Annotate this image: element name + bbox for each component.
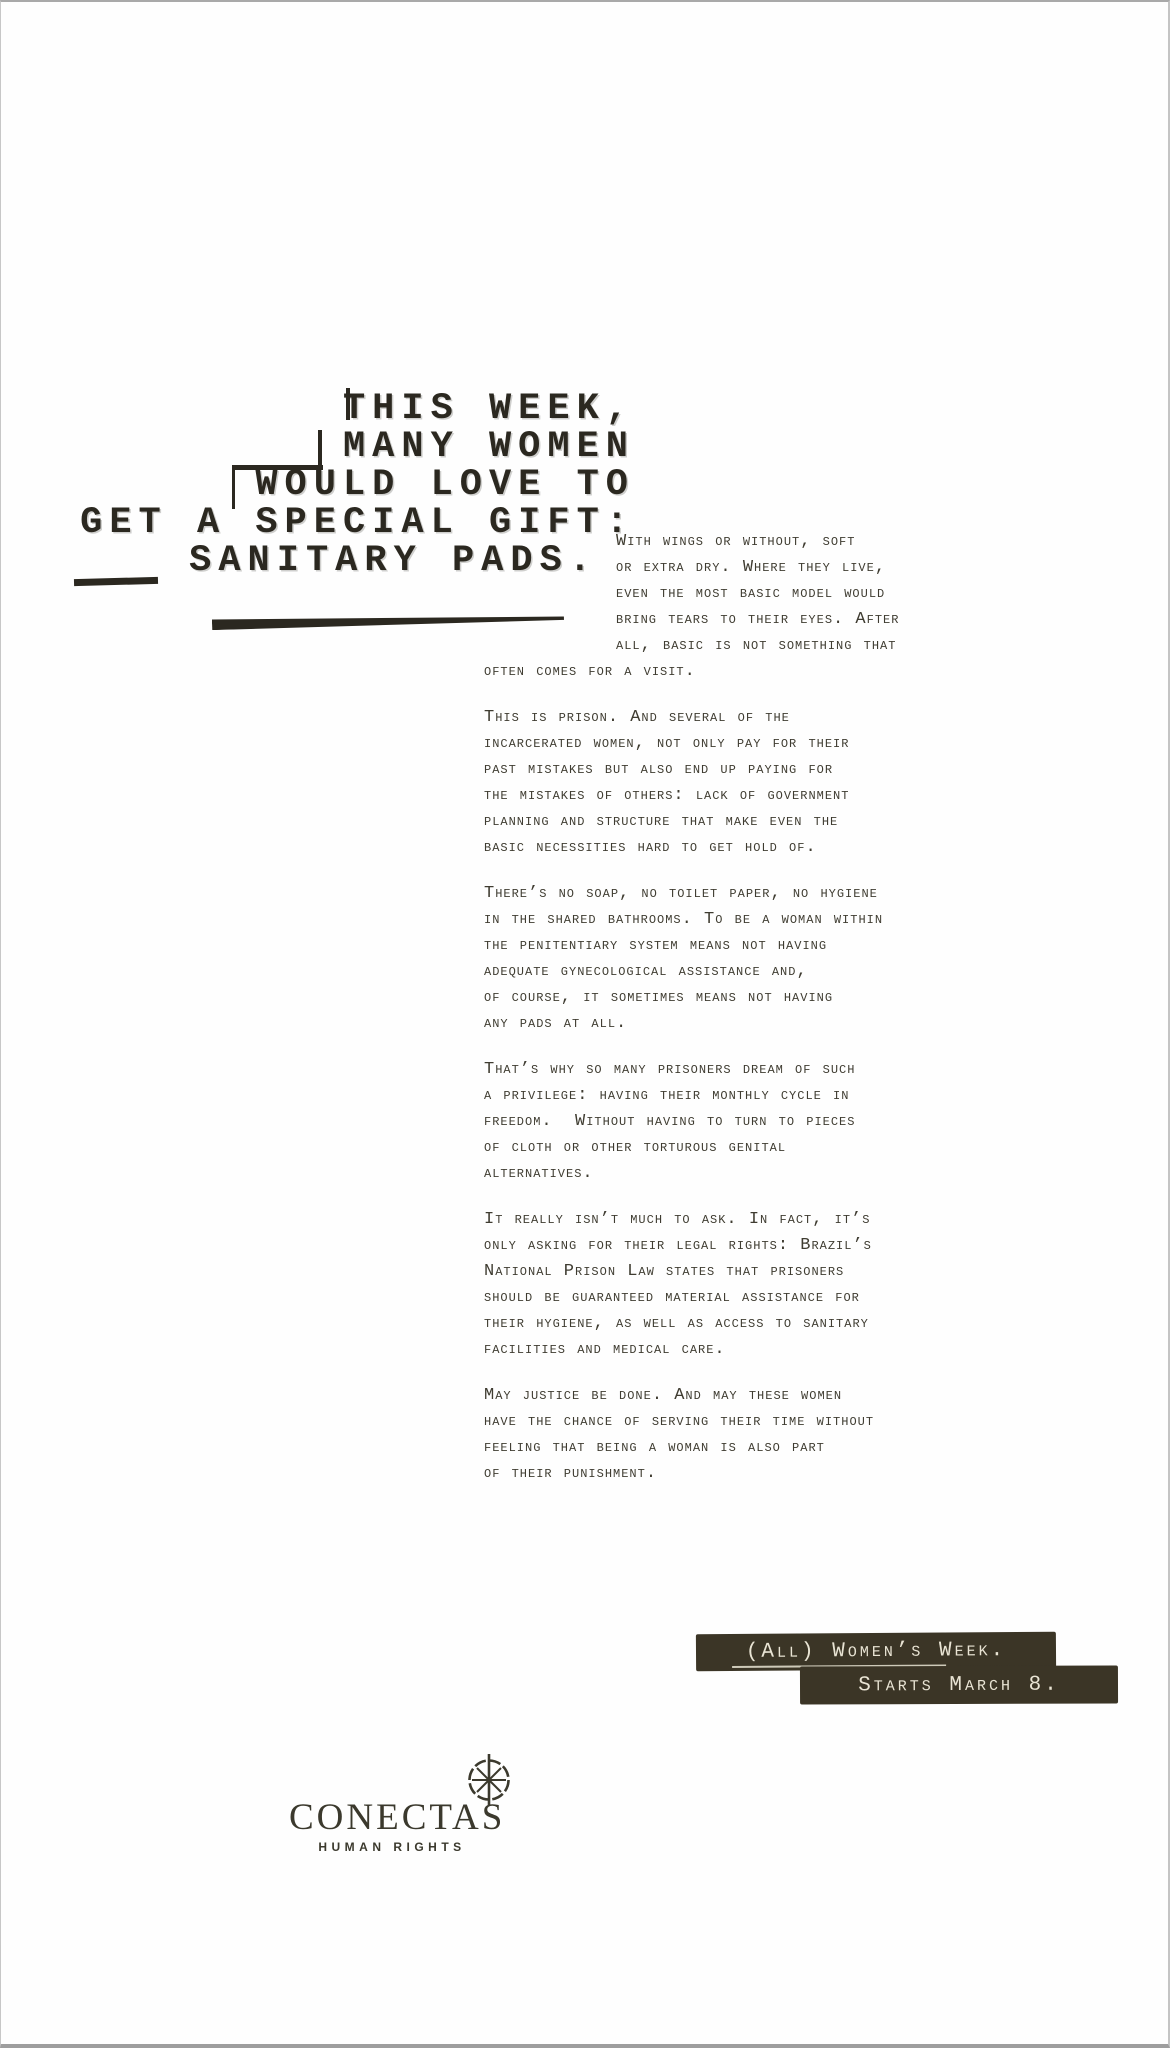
body-text-line: incarcerated women, not only pay for the… [484, 731, 1004, 757]
body-text-line: National Prison Law states that prisoner… [484, 1259, 1004, 1285]
body-text-line: or extra dry. Where they live, [484, 555, 1004, 581]
body-text-line: bring tears to their eyes. After [484, 607, 1004, 633]
body-text-line: This is prison. And several of the [484, 705, 1004, 731]
badge-date-label: Starts March 8. [858, 1673, 1060, 1697]
body-text-line: adequate gynecological assistance and, [484, 959, 1004, 985]
body-text-line: feeling that being a woman is also part [484, 1435, 1004, 1461]
body-text-line: alternatives. [484, 1161, 1004, 1187]
body-paragraph: There’s no soap, no toilet paper, no hyg… [484, 881, 1004, 1037]
body-text-line: facilities and medical care. [484, 1337, 1004, 1363]
logo-tagline: HUMAN RIGHTS [289, 1840, 495, 1854]
body-text-line: in the shared bathrooms. To be a woman w… [484, 907, 1004, 933]
body-text-line: of their punishment. [484, 1461, 1004, 1487]
body-text-line: There’s no soap, no toilet paper, no hyg… [484, 881, 1004, 907]
body-text-line: their hygiene, as well as access to sani… [484, 1311, 1004, 1337]
body-paragraph: It really isn’t much to ask. In fact, it… [484, 1207, 1004, 1363]
body-text-line: That’s why so many prisoners dream of su… [484, 1057, 1004, 1083]
body-text-line: With wings or without, soft [484, 529, 1004, 555]
headline-bracket-line [318, 430, 322, 470]
body-text-line: freedom. Without having to turn to piece… [484, 1109, 1004, 1135]
body-copy: With wings or without, softor extra dry.… [484, 529, 1004, 1507]
headline-bracket-line [232, 465, 323, 470]
body-text-line: basic necessities hard to get hold of. [484, 835, 1004, 861]
body-text-line: all, basic is not something that [484, 633, 1004, 659]
body-text-line: It really isn’t much to ask. In fact, it… [484, 1207, 1004, 1233]
headline-line: MANY WOMEN [80, 428, 635, 466]
headline-line: WOULD LOVE TO [80, 466, 635, 504]
body-paragraph: May justice be done. And may these women… [484, 1383, 1004, 1487]
headline-underline [74, 577, 158, 586]
headline-line: THIS WEEK, [80, 390, 635, 428]
body-text-line: planning and structure that make even th… [484, 809, 1004, 835]
body-paragraph: With wings or without, softor extra dry.… [484, 529, 1004, 685]
badge-week-label: (All) Women’s Week. [746, 1639, 1007, 1664]
body-text-line: a privilege: having their monthly cycle … [484, 1083, 1004, 1109]
headline-bracket-line [232, 469, 235, 509]
badge-date-bar: Starts March 8. [800, 1665, 1118, 1704]
conectas-logo: CONECTAS HUMAN RIGHTS [289, 1752, 501, 1862]
body-text-line: May justice be done. And may these women [484, 1383, 1004, 1409]
body-text-line: the mistakes of others: lack of governme… [484, 783, 1004, 809]
logo-wordmark: CONECTAS [289, 1800, 505, 1836]
headline-bracket-line [346, 388, 350, 420]
body-paragraph: That’s why so many prisoners dream of su… [484, 1057, 1004, 1187]
body-text-line: should be guaranteed material assistance… [484, 1285, 1004, 1311]
body-text-line: the penitentiary system means not having [484, 933, 1004, 959]
body-text-line: any pads at all. [484, 1011, 1004, 1037]
body-text-line: often comes for a visit. [484, 659, 1004, 685]
body-text-line: past mistakes but also end up paying for [484, 757, 1004, 783]
body-text-line: of cloth or other torturous genital [484, 1135, 1004, 1161]
body-text-line: have the chance of serving their time wi… [484, 1409, 1004, 1435]
body-text-line: even the most basic model would [484, 581, 1004, 607]
body-text-line: only asking for their legal rights: Braz… [484, 1233, 1004, 1259]
body-paragraph: This is prison. And several of theincarc… [484, 705, 1004, 861]
poster: THIS WEEK,MANY WOMENWOULD LOVE TOGET A S… [0, 0, 1170, 2048]
body-text-line: of course, it sometimes means not having [484, 985, 1004, 1011]
